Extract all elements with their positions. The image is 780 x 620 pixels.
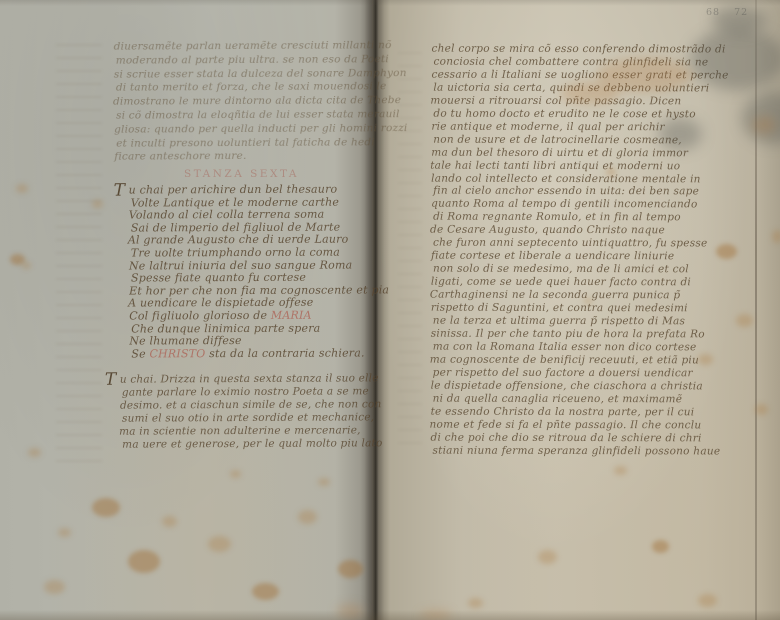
manuscript-line: che furon anni septecento uintiquattro, …	[433, 237, 713, 251]
foxing-spot	[584, 298, 592, 304]
manuscript-line: ne la terza et ultima guerra p̃ rispetto…	[433, 315, 713, 329]
stanza-heading: STANZA SEXTA	[184, 168, 299, 180]
bottom-edge-shadow	[0, 610, 780, 620]
ink-bleedthrough-left	[56, 44, 102, 464]
manuscript-line: ma cognoscente de benificij receuuti, et…	[430, 354, 710, 368]
left-bottom-paragraph: Tu chai. Drizza in questa sexta stanza i…	[120, 372, 360, 451]
foxing-spot	[28, 448, 41, 457]
dark-smudge	[690, 28, 780, 90]
foxing-spot	[772, 230, 780, 243]
foxing-spot	[560, 82, 620, 104]
manuscript-line: di che poi che dio se ritroua da le schi…	[430, 431, 710, 445]
foxing-spot	[538, 550, 557, 564]
manuscript-line: et inculti presono uoluntieri tal fatich…	[116, 136, 361, 151]
foxing-spot	[698, 354, 713, 365]
manuscript-line: rispetto di Saguntini, et contra quei me…	[431, 302, 711, 316]
right-page-text: chel corpo se mira cõ esso conferendo di…	[430, 43, 711, 458]
manuscript-line: nome et fede si fa el pñte passagio. Il …	[430, 418, 710, 432]
manuscript-line: stiani niuna ferma speranza glinfideli p…	[432, 444, 712, 458]
foxing-spot	[162, 516, 177, 527]
manuscript-line: dimostrano le mure dintorno ala dicta ci…	[113, 95, 358, 110]
foxing-spot	[208, 536, 231, 552]
drop-initial: T	[105, 372, 117, 389]
foxing-spot	[318, 478, 330, 486]
foxing-spot	[92, 200, 103, 208]
foxing-spot	[606, 168, 616, 176]
foxing-spot	[652, 540, 669, 553]
foxing-spot	[336, 604, 364, 618]
manuscript-line: Se CHRISTO sta da la contraria schiera.	[131, 347, 361, 361]
foxing-spot	[698, 594, 717, 607]
page-fore-edge	[755, 0, 757, 620]
manuscript-line: si cõ dimostra la eloqñtia de lui esser …	[116, 108, 361, 123]
foxing-spot	[338, 560, 363, 578]
manuscript-line: Che dunque linimica parte spera	[131, 322, 361, 336]
drop-initial: T	[114, 183, 126, 200]
manuscript-line: Spesse fiate quanto fu cortese	[131, 272, 361, 286]
manuscript-line: Tu chai. Drizza in questa sexta stanza i…	[120, 372, 360, 386]
manuscript-line: ma con la Romana Italia esser non dico c…	[433, 341, 713, 355]
verse-block: Tu chai per arichire dun bel thesauroVol…	[129, 183, 360, 360]
manuscript-line: sinissa. Il per che tanto piu de hora la…	[431, 328, 711, 342]
manuscript-line: ma in scientie non adulterine e mercenar…	[119, 424, 359, 438]
manuscript-line: desimo. et a ciaschun simile de se, che …	[120, 398, 360, 412]
manuscript-line: non solo di se medesimo, ma de li amici …	[433, 263, 713, 277]
foxing-spot	[716, 244, 737, 259]
foxing-spot	[44, 580, 65, 594]
manuscript-line: de Cesare Augusto, quando Christo naque	[430, 224, 710, 238]
foxing-spot	[298, 510, 317, 524]
foxing-spot	[468, 598, 483, 608]
manuscript-line: ligati, come se uede quei hauer facto co…	[431, 276, 711, 290]
dark-smudge	[658, 118, 702, 150]
dark-smudge	[712, 6, 767, 34]
manuscript-line: gliosa: quando per quella inducti per gl…	[114, 122, 359, 137]
manuscript-line: Tre uolte triumphando orno la coma	[131, 246, 361, 260]
foxing-spot	[752, 116, 776, 134]
manuscript-line: quanto Roma al tempo di gentili incomenc…	[431, 198, 711, 212]
manuscript-line: di Roma regnante Romulo, et in fin al te…	[433, 211, 713, 225]
red-ink-word: CHRISTO	[149, 347, 205, 360]
manuscript-line: ni da quella canaglia riceueno, et maxim…	[433, 392, 713, 406]
manuscript-line: te essendo Christo da la nostra parte, p…	[431, 405, 711, 419]
manuscript-line: ficare anteschore mure.	[114, 150, 359, 165]
foxing-spot	[736, 314, 753, 327]
binding-gutter-shadow	[360, 0, 390, 620]
manuscript-line: tale hai lecti tanti libri antiqui et mo…	[430, 159, 710, 173]
red-ink-word: MARIA	[271, 309, 312, 322]
foxing-spot	[755, 404, 768, 415]
foxing-spot	[16, 184, 28, 193]
manuscript-line: fiate cortese et liberale a uendicare li…	[431, 250, 711, 264]
manuscript-line: chel corpo se mira cõ esso conferendo di…	[432, 43, 712, 57]
foxing-spot	[58, 528, 71, 537]
manuscript-line: Volte Lantique et le moderne carthe	[131, 196, 361, 210]
manuscript-line: si scriue esser stata la dulceza del son…	[114, 67, 359, 82]
foxing-spot	[22, 262, 31, 269]
ink-bleedthrough-right	[398, 52, 422, 452]
manuscript-line: lando col intellecto et consideratione m…	[431, 172, 711, 186]
manuscript-photo: 6872 diuersamẽte parlan ueramẽte cresciu…	[0, 0, 780, 620]
foxing-spot	[252, 583, 279, 600]
manuscript-line: le dispietade offensione, che ciaschora …	[431, 379, 711, 393]
top-edge-shadow	[0, 0, 780, 6]
manuscript-line: Carthaginensi ne la seconda guerra punic…	[430, 289, 710, 303]
manuscript-line: sumi el suo otio in arte sordide et mech…	[122, 411, 362, 425]
foxing-spot	[420, 610, 452, 620]
manuscript-line: di tanto merito et forza, che le saxi mo…	[116, 81, 361, 96]
manuscript-line: moderando al parte piu ultra. se non eso…	[116, 53, 361, 68]
manuscript-line: gante parlare lo eximio nostro Poeta a s…	[122, 385, 362, 399]
manuscript-line: diuersamẽte parlan ueramẽte cresciuti mi…	[114, 39, 359, 54]
manuscript-line: per rispetto del suo factore a douersi u…	[433, 366, 713, 380]
foxing-spot	[128, 550, 160, 573]
manuscript-line: A uendicare le dispietade offese	[128, 297, 358, 311]
foxing-spot	[614, 466, 627, 475]
left-top-paragraph: diuersamẽte parlan ueramẽte cresciuti mi…	[114, 39, 360, 164]
manuscript-line: fin al cielo anchor essendo in uita: dei…	[433, 185, 713, 199]
foxing-spot	[92, 498, 120, 517]
foxing-spot	[230, 470, 241, 478]
manuscript-line: ma uere et generose, per le qual molto p…	[122, 437, 362, 451]
